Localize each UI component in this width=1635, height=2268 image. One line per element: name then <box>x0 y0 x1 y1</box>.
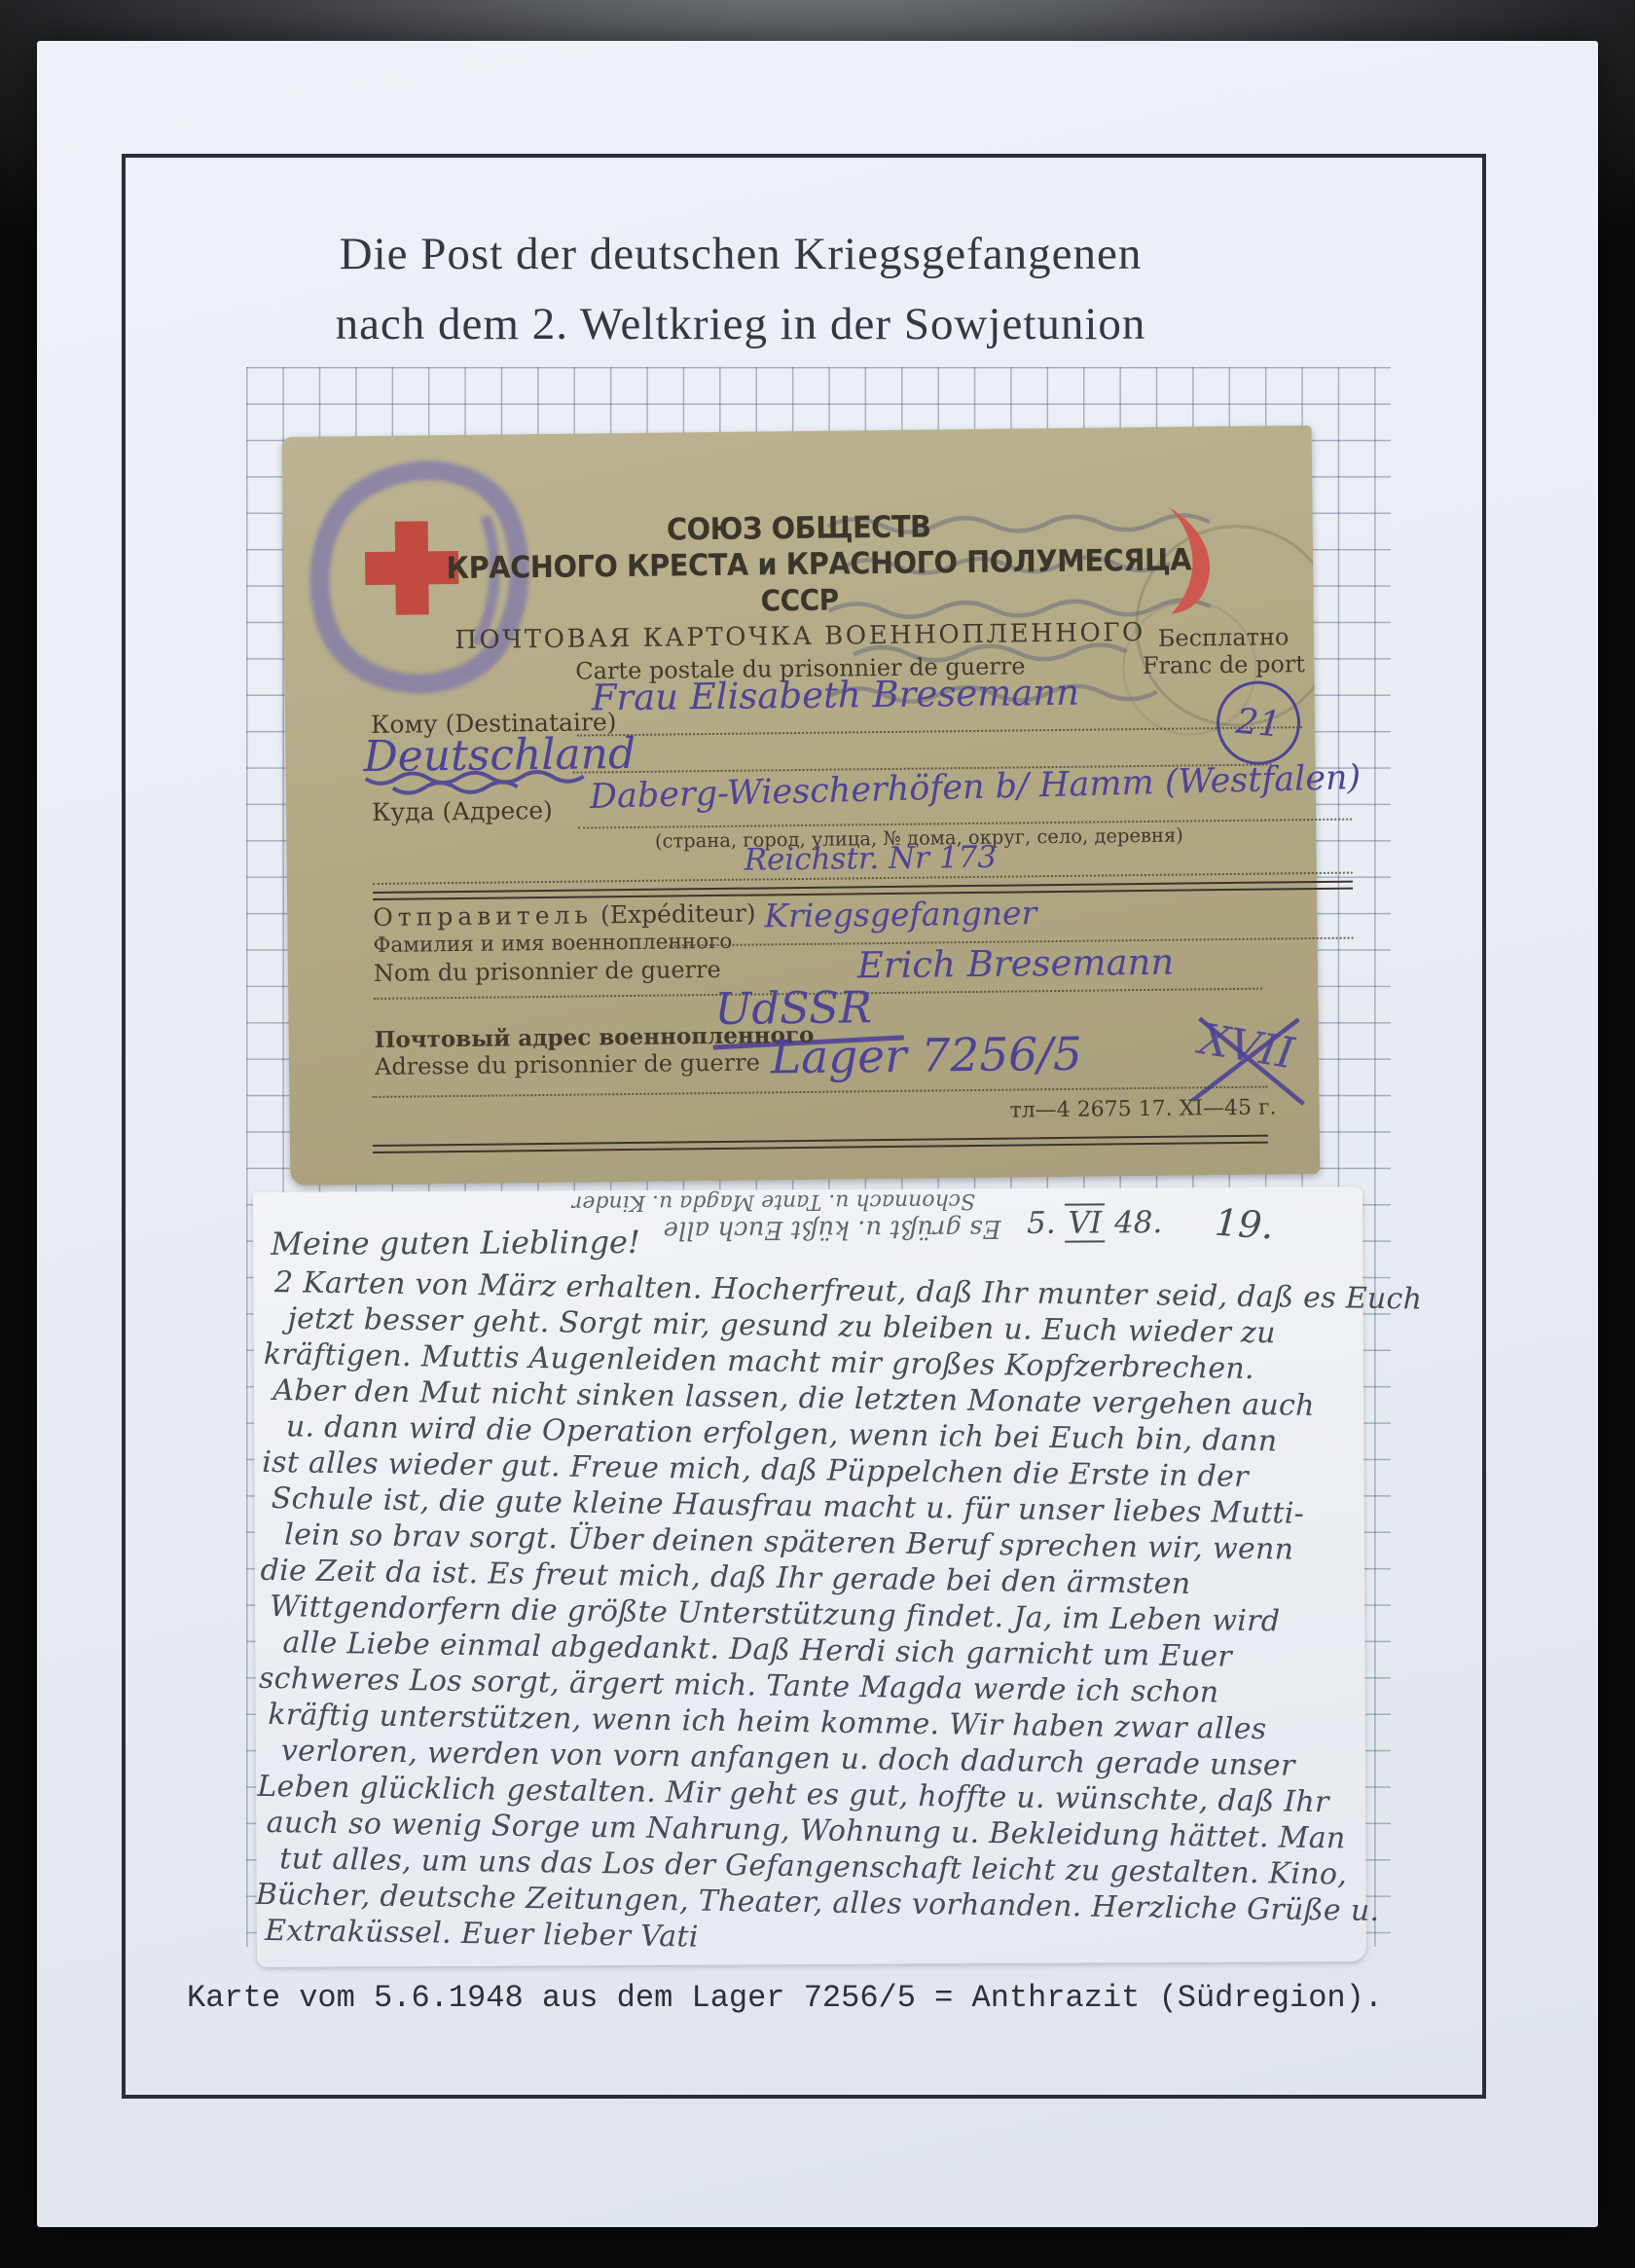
page-title-line2: nach dem 2. Weltkrieg in der Sowjetunion <box>58 298 1423 350</box>
album-photo: Die Post der deutschen Kriegsgefangenen … <box>0 0 1635 2268</box>
handwritten-letter: Schonnach u. Tante Magda u. Kinder Meine… <box>253 1187 1366 1967</box>
page-title-line1: Die Post der deutschen Kriegsgefangenen <box>58 228 1423 280</box>
letter-salutation: Meine guten Lieblinge! <box>271 1224 640 1262</box>
date-day: 5. <box>1027 1206 1056 1241</box>
sender-status-handwriting: Kriegsgefangner <box>764 894 1036 934</box>
country-handwriting: Deutschland <box>363 729 636 782</box>
sender-label-fr: (Expéditeur) <box>600 899 756 930</box>
album-caption: Karte vom 5.6.1948 aus dem Lager 7256/5 … <box>187 1980 1383 2016</box>
print-code: тл—4 2675 17. XI—45 г. <box>1009 1095 1276 1122</box>
sender-name-handwriting: Erich Bresemann <box>857 941 1175 987</box>
date-month-roman: VI <box>1065 1203 1105 1242</box>
sender-address-label-fr: Adresse du prisonnier de guerre <box>375 1048 760 1079</box>
camp-handwriting: Lager 7256/5 <box>771 1028 1082 1085</box>
address-label: Куда (Адресе) <box>372 796 553 826</box>
sender-label: Отправитель (Expéditeur) <box>373 899 756 932</box>
sender-name-label-fr: Nom du prisonnier de guerre <box>374 956 721 987</box>
to-value-handwriting: Frau Elisabeth Bresemann <box>591 672 1079 719</box>
pow-postcard: СОЮЗ ОБЩЕСТВ КРАСНОГО КРЕСТА и КРАСНОГО … <box>282 425 1321 1186</box>
letter-date: 5. VI 48. <box>1027 1205 1162 1241</box>
sender-label-ru: Отправитель <box>373 900 593 932</box>
free-post-ru: Бесплатно <box>1107 623 1340 653</box>
street-handwriting: Reichstr. Nr 173 <box>744 840 997 878</box>
letter-page-number: 19. <box>1214 1201 1275 1248</box>
margin-note-mid: Es grüßt u. küßt Euch alle <box>637 1214 1027 1245</box>
letter-body: 2 Karten von März erhalten. Hocherfreut,… <box>255 1264 1353 1965</box>
free-post-fr: Franc de port <box>1107 650 1340 680</box>
sender-name-label-ru: Фамилия и имя военнопленного <box>373 930 732 958</box>
date-year: 48. <box>1105 1205 1162 1240</box>
margin-note-top: Schonnach u. Tante Magda u. Kinder <box>521 1189 1027 1216</box>
